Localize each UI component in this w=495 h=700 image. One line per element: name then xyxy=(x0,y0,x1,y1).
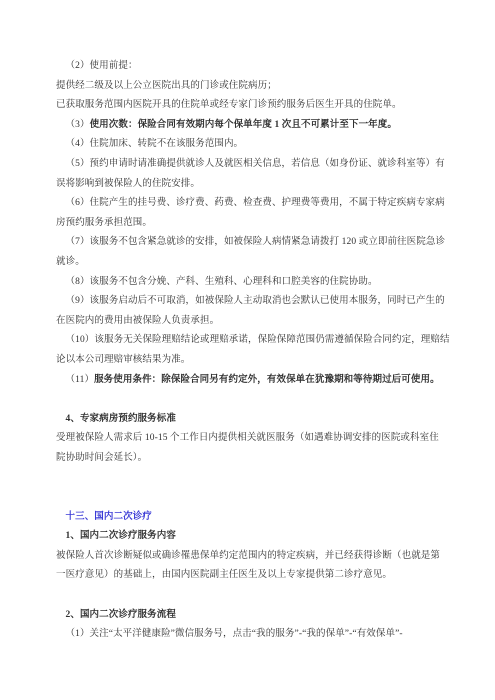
text-line: 1、国内二次诊疗服务内容 xyxy=(56,527,457,547)
document-page: （2）使用前提：提供经二级及以上公立医院出具的门诊或住院病历；已获取服务范围内医… xyxy=(0,0,495,700)
page-content: （2）使用前提：提供经二级及以上公立医院出具的门诊或住院病历；已获取服务范围内医… xyxy=(56,57,457,645)
blank-line xyxy=(56,488,457,508)
text-line: 房预约服务承担范围。 xyxy=(56,214,457,234)
text-line: （8）该服务不包含分娩、产科、生殖科、心理科和口腔美容的住院协助。 xyxy=(56,273,457,293)
text-segment: （6）住院产生的挂号费、诊疗费、药费、检查费、护理费等费用，不属于特定疾病专家病 xyxy=(66,198,445,208)
text-line: 误将影响到被保险人的住院安排。 xyxy=(56,175,457,195)
text-segment: 就诊。 xyxy=(56,257,85,267)
text-line: （7）该服务不包含紧急就诊的安排，如被保险人病情紧急请拨打 120 或立即前往医… xyxy=(56,233,457,253)
text-segment: 房预约服务承担范围。 xyxy=(56,218,152,228)
text-segment: 已获取服务范围内医院开具的住院单或经专家门诊预约服务后医生开具的住院单。 xyxy=(56,100,402,110)
text-segment: （7）该服务不包含紧急就诊的安排，如被保险人病情紧急请拨打 120 或立即前往医… xyxy=(66,237,446,247)
text-segment: 一医疗意见）的基础上，由国内医院副主任医生及以上专家提供第二诊疗意见。 xyxy=(56,570,392,580)
text-line: 就诊。 xyxy=(56,253,457,273)
text-segment: （1）关注“太平洋健康险”微信服务号，点击“我的服务”-“我的保单”-“有效保单… xyxy=(66,629,403,639)
text-line: 院协助时间会延长）。 xyxy=(56,449,457,469)
text-segment: （4）住院加床、转院不在该服务范围内。 xyxy=(66,139,244,149)
text-line: 提供经二级及以上公立医院出具的门诊或住院病历； xyxy=(56,77,457,97)
text-segment: （3） xyxy=(66,120,90,130)
text-line: （1）关注“太平洋健康险”微信服务号，点击“我的服务”-“我的保单”-“有效保单… xyxy=(56,625,457,645)
text-line: （3）使用次数：保险合同有效期内每个保单年度 1 次且不可累计至下一年度。 xyxy=(56,116,457,136)
text-segment: 提供经二级及以上公立医院出具的门诊或住院病历； xyxy=(56,81,277,91)
text-segment: 受理被保险人需求后 10-15 个工作日内提供相关就医服务（如遇难协调安排的医院… xyxy=(56,433,439,443)
text-segment: 2、国内二次诊疗服务流程 xyxy=(66,610,176,620)
text-line: 论以本公司理赔审核结果为准。 xyxy=(56,351,457,371)
text-segment: （10）该服务无关保险理赔结论或理赔承诺，保险保障范围仍需遵循保险合同约定，理赔… xyxy=(66,335,450,345)
text-segment: 十三、国内二次诊疗 xyxy=(66,512,152,522)
text-segment: 被保险人首次诊断疑似或确诊罹患保单约定范围内的特定疾病，并已经获得诊断（也就是第 xyxy=(56,551,440,561)
text-segment: 使用次数：保险合同有效期内每个保单年度 1 次且不可累计至下一年度。 xyxy=(90,120,397,130)
blank-line xyxy=(56,390,457,410)
text-segment: 误将影响到被保险人的住院安排。 xyxy=(56,179,200,189)
text-line: 4、专家病房预约服务标准 xyxy=(56,410,457,430)
text-segment: 4、专家病房预约服务标准 xyxy=(66,414,176,424)
text-line: 在医院内的费用由被保险人负责承担。 xyxy=(56,312,457,332)
text-line: （5）预约申请时请准确提供就诊人及就医相关信息，若信息（如身份证、就诊科室等）有 xyxy=(56,155,457,175)
text-segment: （11） xyxy=(66,375,95,385)
text-line: 受理被保险人需求后 10-15 个工作日内提供相关就医服务（如遇难协调安排的医院… xyxy=(56,429,457,449)
text-line: （9）该服务启动后不可取消，如被保险人主动取消也会默认已使用本服务，同时已产生的 xyxy=(56,292,457,312)
blank-line xyxy=(56,586,457,606)
text-line: （6）住院产生的挂号费、诊疗费、药费、检查费、护理费等费用，不属于特定疾病专家病 xyxy=(56,194,457,214)
text-line: （2）使用前提： xyxy=(56,57,457,77)
text-segment: 服务使用条件：除保险合同另有约定外，有效保单在犹豫期和等待期过后可使用。 xyxy=(94,375,440,385)
text-segment: 在医院内的费用由被保险人负责承担。 xyxy=(56,316,219,326)
text-line: 被保险人首次诊断疑似或确诊罹患保单约定范围内的特定疾病，并已经获得诊断（也就是第 xyxy=(56,547,457,567)
text-segment: （2）使用前提： xyxy=(66,61,138,71)
text-line: 已获取服务范围内医院开具的住院单或经专家门诊预约服务后医生开具的住院单。 xyxy=(56,96,457,116)
text-segment: 院协助时间会延长）。 xyxy=(56,453,147,463)
text-segment: （8）该服务不包含分娩、产科、生殖科、心理科和口腔美容的住院协助。 xyxy=(66,277,378,287)
text-segment: 论以本公司理赔审核结果为准。 xyxy=(56,355,190,365)
text-line: 一医疗意见）的基础上，由国内医院副主任医生及以上专家提供第二诊疗意见。 xyxy=(56,566,457,586)
text-line: （4）住院加床、转院不在该服务范围内。 xyxy=(56,135,457,155)
text-line: 十三、国内二次诊疗 xyxy=(56,508,457,528)
text-segment: （5）预约申请时请准确提供就诊人及就医相关信息，若信息（如身份证、就诊科室等）有 xyxy=(66,159,445,169)
blank-line xyxy=(56,468,457,488)
text-segment: 1、国内二次诊疗服务内容 xyxy=(66,531,176,541)
text-line: （10）该服务无关保险理赔结论或理赔承诺，保险保障范围仍需遵循保险合同约定，理赔… xyxy=(56,331,457,351)
text-line: 2、国内二次诊疗服务流程 xyxy=(56,606,457,626)
text-line: （11）服务使用条件：除保险合同另有约定外，有效保单在犹豫期和等待期过后可使用。 xyxy=(56,371,457,391)
text-segment: （9）该服务启动后不可取消，如被保险人主动取消也会默认已使用本服务，同时已产生的 xyxy=(66,296,445,306)
